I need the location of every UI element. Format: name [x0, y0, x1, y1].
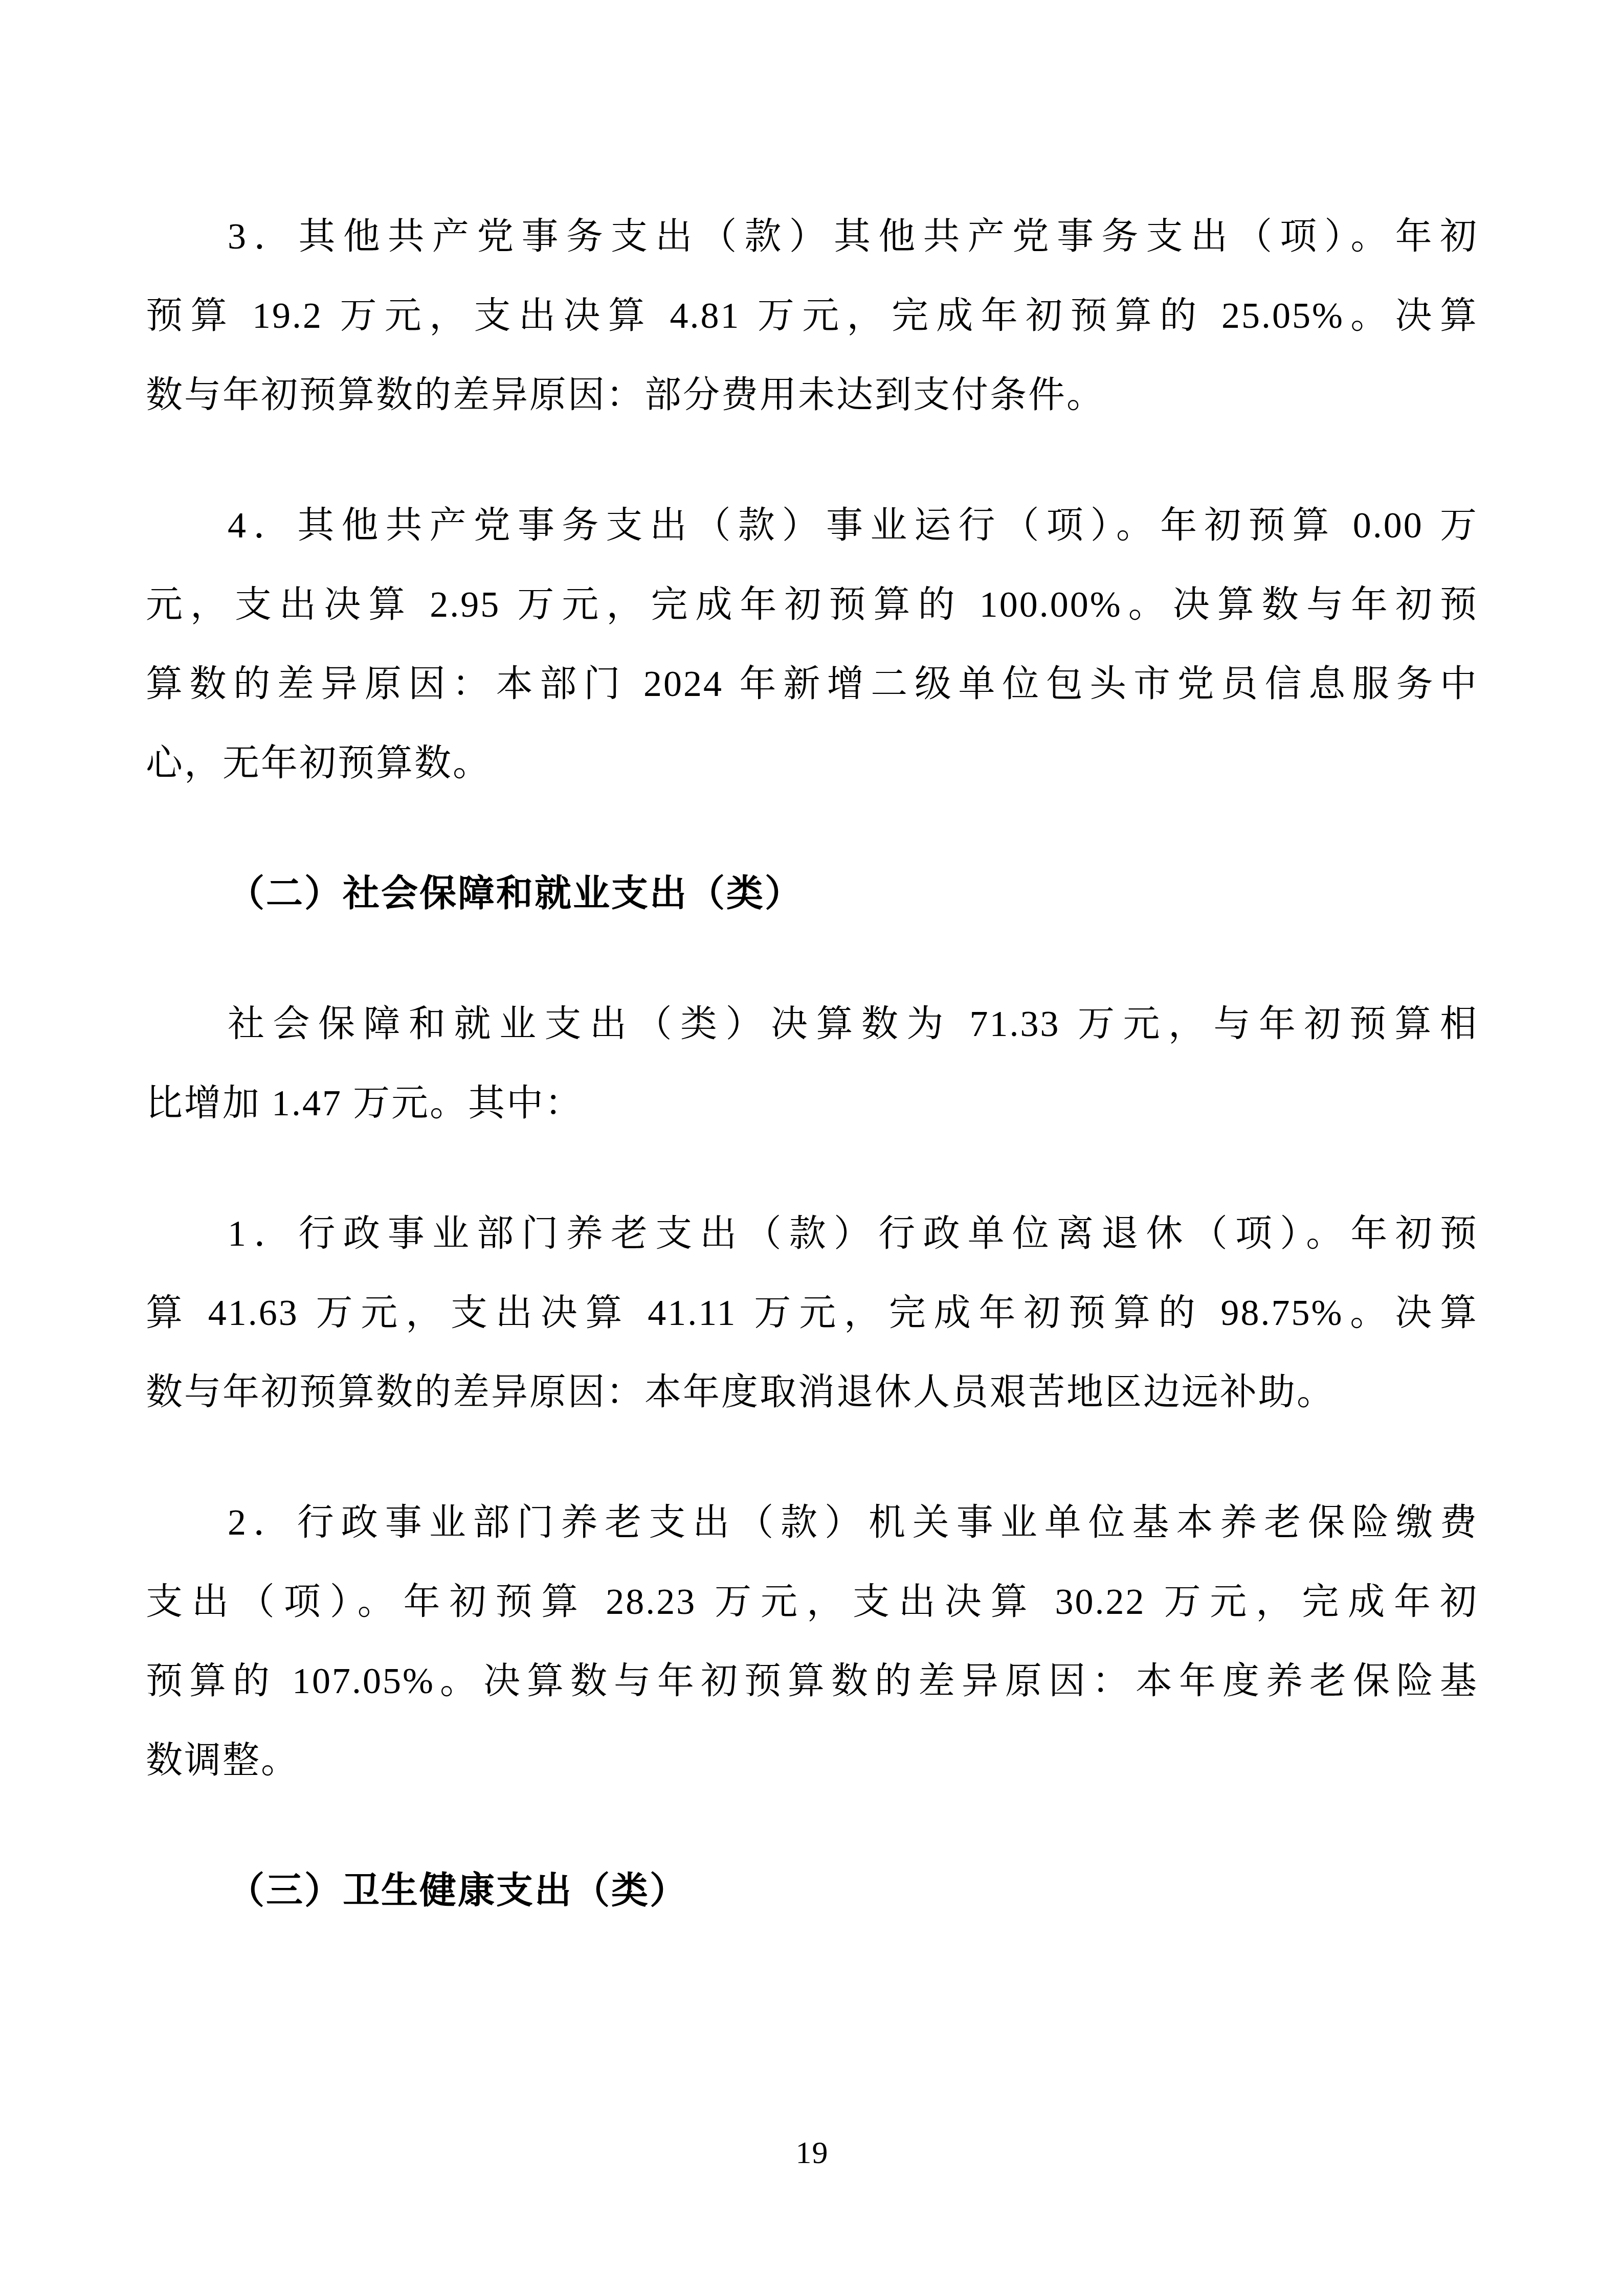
text-line: 数调整。	[146, 1721, 1478, 1800]
text-line: 数与年初预算数的差异原因：本年度取消退休人员艰苦地区边远补助。	[146, 1353, 1478, 1432]
text-line: 预算 19.2 万元，支出决算 4.81 万元，完成年初预算的 25.05%。决…	[146, 276, 1478, 355]
text-line: 4．其他共产党事务支出（款）事业运行（项）。年初预算 0.00 万	[146, 486, 1478, 565]
section-heading-2: （三）卫生健康支出（类）	[146, 1851, 1478, 1930]
text-line: 预算的 107.05%。决算数与年初预算数的差异原因：本年度养老保险基	[146, 1641, 1478, 1721]
text-line: 社会保障和就业支出（类）决算数为 71.33 万元，与年初预算相	[146, 984, 1478, 1064]
text-line: 数与年初预算数的差异原因：部分费用未达到支付条件。	[146, 355, 1478, 435]
text-line: 支出（项）。年初预算 28.23 万元，支出决算 30.22 万元，完成年初	[146, 1562, 1478, 1641]
document-body: 3．其他共产党事务支出（款）其他共产党事务支出（项）。年初预算 19.2 万元，…	[0, 0, 1624, 1930]
paragraph: 4．其他共产党事务支出（款）事业运行（项）。年初预算 0.00 万元，支出决算 …	[146, 486, 1478, 803]
text-line: 心，无年初预算数。	[146, 724, 1478, 803]
text-line: 1．行政事业部门养老支出（款）行政单位离退休（项）。年初预	[146, 1194, 1478, 1273]
page-number: 19	[0, 2135, 1624, 2171]
section-heading-1: （二）社会保障和就业支出（类）	[146, 854, 1478, 933]
text-line: 算 41.63 万元，支出决算 41.11 万元，完成年初预算的 98.75%。…	[146, 1273, 1478, 1353]
paragraph: 社会保障和就业支出（类）决算数为 71.33 万元，与年初预算相比增加 1.47…	[146, 984, 1478, 1143]
text-line: 算数的差异原因：本部门 2024 年新增二级单位包头市党员信息服务中	[146, 644, 1478, 724]
paragraph: 3．其他共产党事务支出（款）其他共产党事务支出（项）。年初预算 19.2 万元，…	[146, 197, 1478, 435]
text-line: 3．其他共产党事务支出（款）其他共产党事务支出（项）。年初	[146, 197, 1478, 276]
paragraph: 2．行政事业部门养老支出（款）机关事业单位基本养老保险缴费支出（项）。年初预算 …	[146, 1483, 1478, 1800]
text-line: 比增加 1.47 万元。其中：	[146, 1064, 1478, 1143]
document-page: 3．其他共产党事务支出（款）其他共产党事务支出（项）。年初预算 19.2 万元，…	[0, 0, 1624, 2296]
text-line: 元，支出决算 2.95 万元，完成年初预算的 100.00%。决算数与年初预	[146, 565, 1478, 644]
paragraph: 1．行政事业部门养老支出（款）行政单位离退休（项）。年初预算 41.63 万元，…	[146, 1194, 1478, 1432]
text-line: 2．行政事业部门养老支出（款）机关事业单位基本养老保险缴费	[146, 1483, 1478, 1562]
